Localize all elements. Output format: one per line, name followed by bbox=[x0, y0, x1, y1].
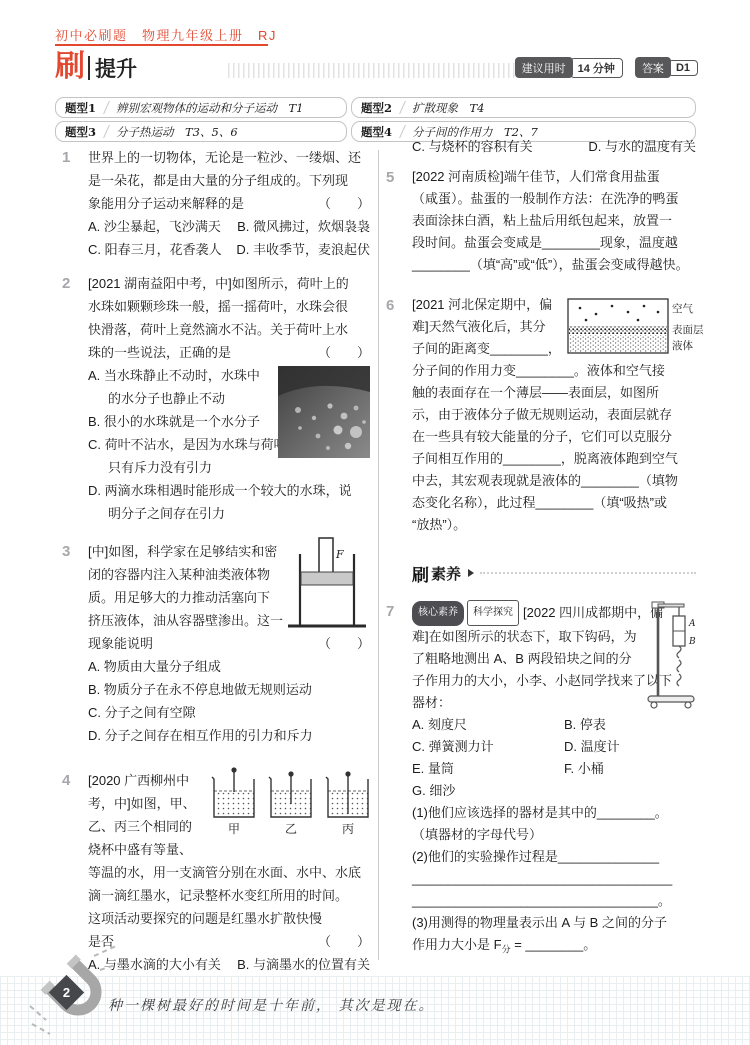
option-row: A. 沙尘暴起，飞沙满天 B. 微风拂过，炊烟袅袅 bbox=[88, 215, 370, 238]
option-b: B. 微风拂过，炊烟袅袅 bbox=[237, 215, 370, 238]
option-d: D. 与水的温度有关 bbox=[588, 136, 696, 158]
text-line: 难]在如图所示的状态下，取下钩码，为 bbox=[412, 626, 636, 648]
option-row: C. 弹簧测力计 D. 温度计 bbox=[412, 736, 696, 758]
core-competency-badge: 核心素养 bbox=[412, 601, 464, 626]
option-d-cont: 明分子之间存在引力 bbox=[88, 502, 370, 525]
book-header: 初中必刷题 物理九年级上册 RJ bbox=[55, 25, 277, 44]
literacy-section-header: 刷 素养 bbox=[412, 562, 696, 584]
formula-pre: 作用力大小是 F bbox=[412, 937, 502, 952]
option-b: B. 物质分子在永不停息地做无规则运动 bbox=[88, 678, 370, 701]
text-line-with-blank: 段时间。盐蛋会变咸是________现象，温度越 bbox=[412, 232, 696, 254]
page-number: 2 bbox=[63, 985, 70, 1000]
subquestion-2: (2)他们的实验操作过程是______________ bbox=[412, 846, 696, 868]
text: 珠的一些说法，正确的是 bbox=[88, 341, 231, 364]
beaker-label-jia: 甲 bbox=[228, 822, 240, 836]
text-line: 乙、丙三个相同的 bbox=[88, 815, 204, 838]
type-label: 题型3 bbox=[65, 124, 96, 140]
blank-line: ____________________________________ bbox=[412, 868, 696, 890]
stand-lead-blocks-diagram: A B bbox=[646, 594, 702, 717]
text-line-with-blank: 子间的距离变________， bbox=[412, 338, 572, 360]
text-line: 水珠如颗颗珍珠一般，摇一摇荷叶，水珠会很 bbox=[88, 295, 370, 318]
text-line: 触的表面存在一个薄层——表面层，如图所 bbox=[412, 382, 696, 404]
answer-paren: （ ） bbox=[318, 341, 370, 364]
answer-badge: 答案 D1 bbox=[635, 57, 698, 78]
text-line-with-blank: 子间相互作用的________，脱离液体跑到空气 bbox=[412, 448, 696, 470]
text-line: 闭的容器内注入某种油类液体物 bbox=[88, 563, 288, 586]
literacy-title: 素养 bbox=[431, 563, 461, 584]
time-badge-value: 14 分钟 bbox=[570, 58, 623, 78]
answer-badge-label: 答案 bbox=[635, 57, 671, 78]
section-header: 刷 提升 bbox=[55, 52, 137, 82]
question-number: 7 bbox=[386, 603, 394, 620]
type-notch bbox=[96, 125, 110, 138]
liquid-label: 液体 bbox=[672, 339, 693, 352]
option-d: D. 两滴水珠相遇时能形成一个较大的水珠，说 bbox=[88, 479, 370, 502]
text-line: 滴一滴红墨水，记录整杯水变红所用的时间。 bbox=[88, 884, 370, 907]
dotted-divider bbox=[228, 63, 538, 78]
text: 象能用分子运动来解释的是 bbox=[88, 192, 244, 215]
force-label: F bbox=[335, 548, 344, 561]
type-desc: 扩散现象 T4 bbox=[412, 100, 485, 116]
beaker-label-bing: 丙 bbox=[342, 822, 354, 836]
option-a-cont: 的水分子也静止不动 bbox=[88, 387, 308, 410]
text-line: 了粗略地测出 A、B 两段铅块之间的分 bbox=[412, 648, 636, 670]
science-inquiry-badge: 科学探究 bbox=[467, 600, 519, 626]
type-notch bbox=[392, 101, 406, 114]
answer-paren: （ ） bbox=[318, 192, 370, 215]
question-number: 2 bbox=[62, 275, 70, 292]
piston-container-diagram: F bbox=[284, 536, 368, 645]
option-c: C. 阳春三月，花香袭人 bbox=[88, 238, 222, 261]
question-type-3: 题型3 分子热运动 T3、5、6 bbox=[55, 121, 347, 142]
air-label: 空气 bbox=[672, 302, 693, 315]
text-line: 难]天然气液化后，其分 bbox=[412, 316, 552, 338]
option-f: F. 小桶 bbox=[564, 758, 604, 780]
surface-label: 表面层 bbox=[672, 323, 704, 336]
suggested-time-badge: 建议用时 14 分钟 bbox=[515, 57, 623, 78]
text-line-with-blank: 态变化名称），此过程________（填“吸热”或 bbox=[412, 492, 696, 514]
text-line: （咸蛋）。盐蛋的一般制作方法：在洗净的鸭蛋 bbox=[412, 188, 696, 210]
option-e: E. 量筒 bbox=[412, 758, 564, 780]
option-a: A. 沙尘暴起，飞沙满天 bbox=[88, 215, 221, 238]
option-row: C. 与烧杯的容积有关 D. 与水的温度有关 bbox=[412, 136, 696, 158]
text: 现象能说明 bbox=[88, 632, 153, 655]
option-d: D. 温度计 bbox=[564, 736, 620, 758]
type-desc: 分子热运动 T3、5、6 bbox=[116, 124, 238, 140]
option-g: G. 细沙 bbox=[412, 780, 696, 802]
question-4-continued: C. 与烧杯的容积有关 D. 与水的温度有关 bbox=[412, 136, 696, 158]
question-number: 4 bbox=[62, 772, 70, 789]
text-line: 质。用足够大的力推动活塞向下 bbox=[88, 586, 288, 609]
text-line: [2020 广西柳州中 bbox=[88, 769, 204, 792]
type-label: 题型2 bbox=[361, 100, 392, 116]
text-line-with-blank: 分子间的作用力变________。液体和空气接 bbox=[412, 360, 696, 382]
question-6: 6 bbox=[412, 294, 696, 536]
option-row: A. 刻度尺 B. 停表 bbox=[412, 714, 696, 736]
text-line: 在一些具有较大能量的分子，它们可以克服分 bbox=[412, 426, 696, 448]
option-b: B. 很小的水珠就是一个水分子 bbox=[88, 410, 288, 433]
option-c: C. 弹簧测力计 bbox=[412, 736, 564, 758]
option-c: C. 分子之间有空隙 bbox=[88, 701, 370, 724]
brand-character: 刷 bbox=[55, 52, 85, 82]
literacy-brand-char: 刷 bbox=[412, 561, 429, 586]
lotus-droplets-photo bbox=[278, 366, 370, 463]
text-line: [2021 河北保定期中，偏 bbox=[412, 294, 552, 316]
dotted-rule bbox=[480, 572, 696, 574]
option-a: A. 当水珠静止不动时，水珠中 bbox=[88, 364, 288, 387]
text-line-with-blank: ________（填“高”或“低”），盐蛋会变咸得越快。 bbox=[412, 254, 696, 276]
footer-quote: 种一棵树最好的时间是十年前， 其次是现在。 bbox=[108, 995, 434, 1015]
beaker-label-yi: 乙 bbox=[285, 822, 297, 836]
option-b: B. 停表 bbox=[564, 714, 606, 736]
section-title: 提升 bbox=[95, 59, 137, 80]
type-label: 题型4 bbox=[361, 124, 392, 140]
text-line: 这项活动要探究的问题是红墨水扩散快慢 bbox=[88, 907, 370, 930]
time-badge-label: 建议用时 bbox=[515, 57, 573, 78]
text-line: 烧杯中盛有等量、 bbox=[88, 838, 204, 861]
blank-line: __________________________________。 bbox=[412, 890, 696, 912]
subquestion-1-note: （填器材的字母代号） bbox=[412, 824, 696, 846]
block-b-label: B bbox=[688, 637, 696, 647]
question-number: 6 bbox=[386, 297, 394, 314]
beakers-diagram: 甲 乙 丙 bbox=[210, 767, 372, 858]
text-line-with-blank: 中去，其宏观表现就是液体的________（填物 bbox=[412, 470, 696, 492]
workbook-page: 初中必刷题 物理九年级上册 RJ 刷 提升 建议用时 14 分钟 答案 D1 题… bbox=[0, 0, 750, 1045]
question-7: 7 A B bbox=[412, 600, 696, 961]
text-line: 象能用分子运动来解释的是 （ ） bbox=[88, 192, 370, 215]
subquestion-3: (3)用测得的物理量表示出 A 与 B 之间的分子 bbox=[412, 912, 696, 934]
text-line: 示，由于液体分子做无规则运动，表面层就存 bbox=[412, 404, 696, 426]
question-1: 1 世界上的一切物体，无论是一粒沙、一缕烟、还 是一朵花，都是由大量的分子组成的… bbox=[88, 146, 370, 261]
type-desc: 辨别宏观物体的运动和分子运动 T1 bbox=[116, 100, 304, 116]
option-c: C. 与烧杯的容积有关 bbox=[412, 136, 533, 158]
answer-badge-value: D1 bbox=[668, 60, 698, 76]
question-type-1: 题型1 辨别宏观物体的运动和分子运动 T1 bbox=[55, 97, 347, 118]
option-row: C. 阳春三月，花香袭人 D. 丰收季节，麦浪起伏 bbox=[88, 238, 370, 261]
text-line: [2022 河南质检]端午佳节，人们常食用盐蛋 bbox=[412, 166, 696, 188]
surface-layer-diagram: 空气 表面层 液体 bbox=[552, 296, 704, 363]
text: [2022 四川成都期中，偏 bbox=[523, 602, 663, 624]
text-line: 考，中]如图，甲、 bbox=[88, 792, 204, 815]
type-label: 题型1 bbox=[65, 100, 96, 116]
question-5: 5 [2022 河南质检]端午佳节，人们常食用盐蛋 （咸蛋）。盐蛋的一般制作方法… bbox=[412, 166, 696, 276]
brand-divider bbox=[88, 56, 90, 80]
text-line: 是一朵花，都是由大量的分子组成的。下列现 bbox=[88, 169, 370, 192]
type-notch bbox=[392, 125, 406, 138]
question-number: 1 bbox=[62, 149, 70, 166]
option-b: B. 与滴墨水的位置有关 bbox=[237, 953, 370, 976]
formula-post: = ________。 bbox=[511, 937, 597, 952]
text-line: 快滑落，荷叶上竟然滴水不沾。关于荷叶上水 bbox=[88, 318, 370, 341]
right-column: C. 与烧杯的容积有关 D. 与水的温度有关 5 [2022 河南质检]端午佳节… bbox=[412, 136, 696, 961]
answer-paren: （ ） bbox=[318, 930, 370, 953]
text-line: [2021 湖南益阳中考，中]如图所示，荷叶上的 bbox=[88, 272, 370, 295]
question-number: 5 bbox=[386, 169, 394, 186]
text-line: 表面涂抹白酒，粘上盐后用纸包起来，放置一 bbox=[412, 210, 696, 232]
option-a: A. 刻度尺 bbox=[412, 714, 564, 736]
text-line: 等温的水，用一支滴管分别在水面、水中、水底 bbox=[88, 861, 370, 884]
question-type-2: 题型2 扩散现象 T4 bbox=[351, 97, 696, 118]
question-2: 2 [2021 湖南益阳中考，中]如图所示，荷叶上的 水珠如颗颗珍 bbox=[88, 272, 370, 525]
type-notch bbox=[96, 101, 110, 114]
subquestion-1: (1)他们应该选择的器材是其中的________。 bbox=[412, 802, 696, 824]
block-a-label: A bbox=[688, 619, 696, 629]
option-row: E. 量筒 F. 小桶 bbox=[412, 758, 696, 780]
text-line: 世界上的一切物体，无论是一粒沙、一缕烟、还 bbox=[88, 146, 370, 169]
text-line: 珠的一些说法，正确的是 （ ） bbox=[88, 341, 370, 364]
arrow-right-icon bbox=[468, 569, 474, 577]
header-rule bbox=[55, 44, 268, 46]
subquestion-3-formula: 作用力大小是 F分 = ________。 bbox=[412, 934, 696, 961]
text-line: “放热”）。 bbox=[412, 514, 696, 536]
option-d: D. 丰收季节，麦浪起伏 bbox=[236, 238, 370, 261]
left-column: 1 世界上的一切物体，无论是一粒沙、一缕烟、还 是一朵花，都是由大量的分子组成的… bbox=[88, 146, 370, 976]
option-d: D. 分子之间存在相互作用的引力和斥力 bbox=[88, 724, 370, 747]
header-badges: 建议用时 14 分钟 答案 D1 bbox=[515, 57, 698, 78]
question-3: 3 F [中]如图，科学家在足够结实和密 闭的容器内注入某种油类液体物 质。用足… bbox=[88, 540, 370, 747]
question-number: 3 bbox=[62, 543, 70, 560]
text-line: 挤压液体，油从容器壁渗出。这一 bbox=[88, 609, 288, 632]
column-divider bbox=[378, 150, 379, 960]
formula-subscript: 分 bbox=[502, 945, 511, 955]
text-line: [中]如图，科学家在足够结实和密 bbox=[88, 540, 288, 563]
option-a: A. 物质由大量分子组成 bbox=[88, 655, 370, 678]
